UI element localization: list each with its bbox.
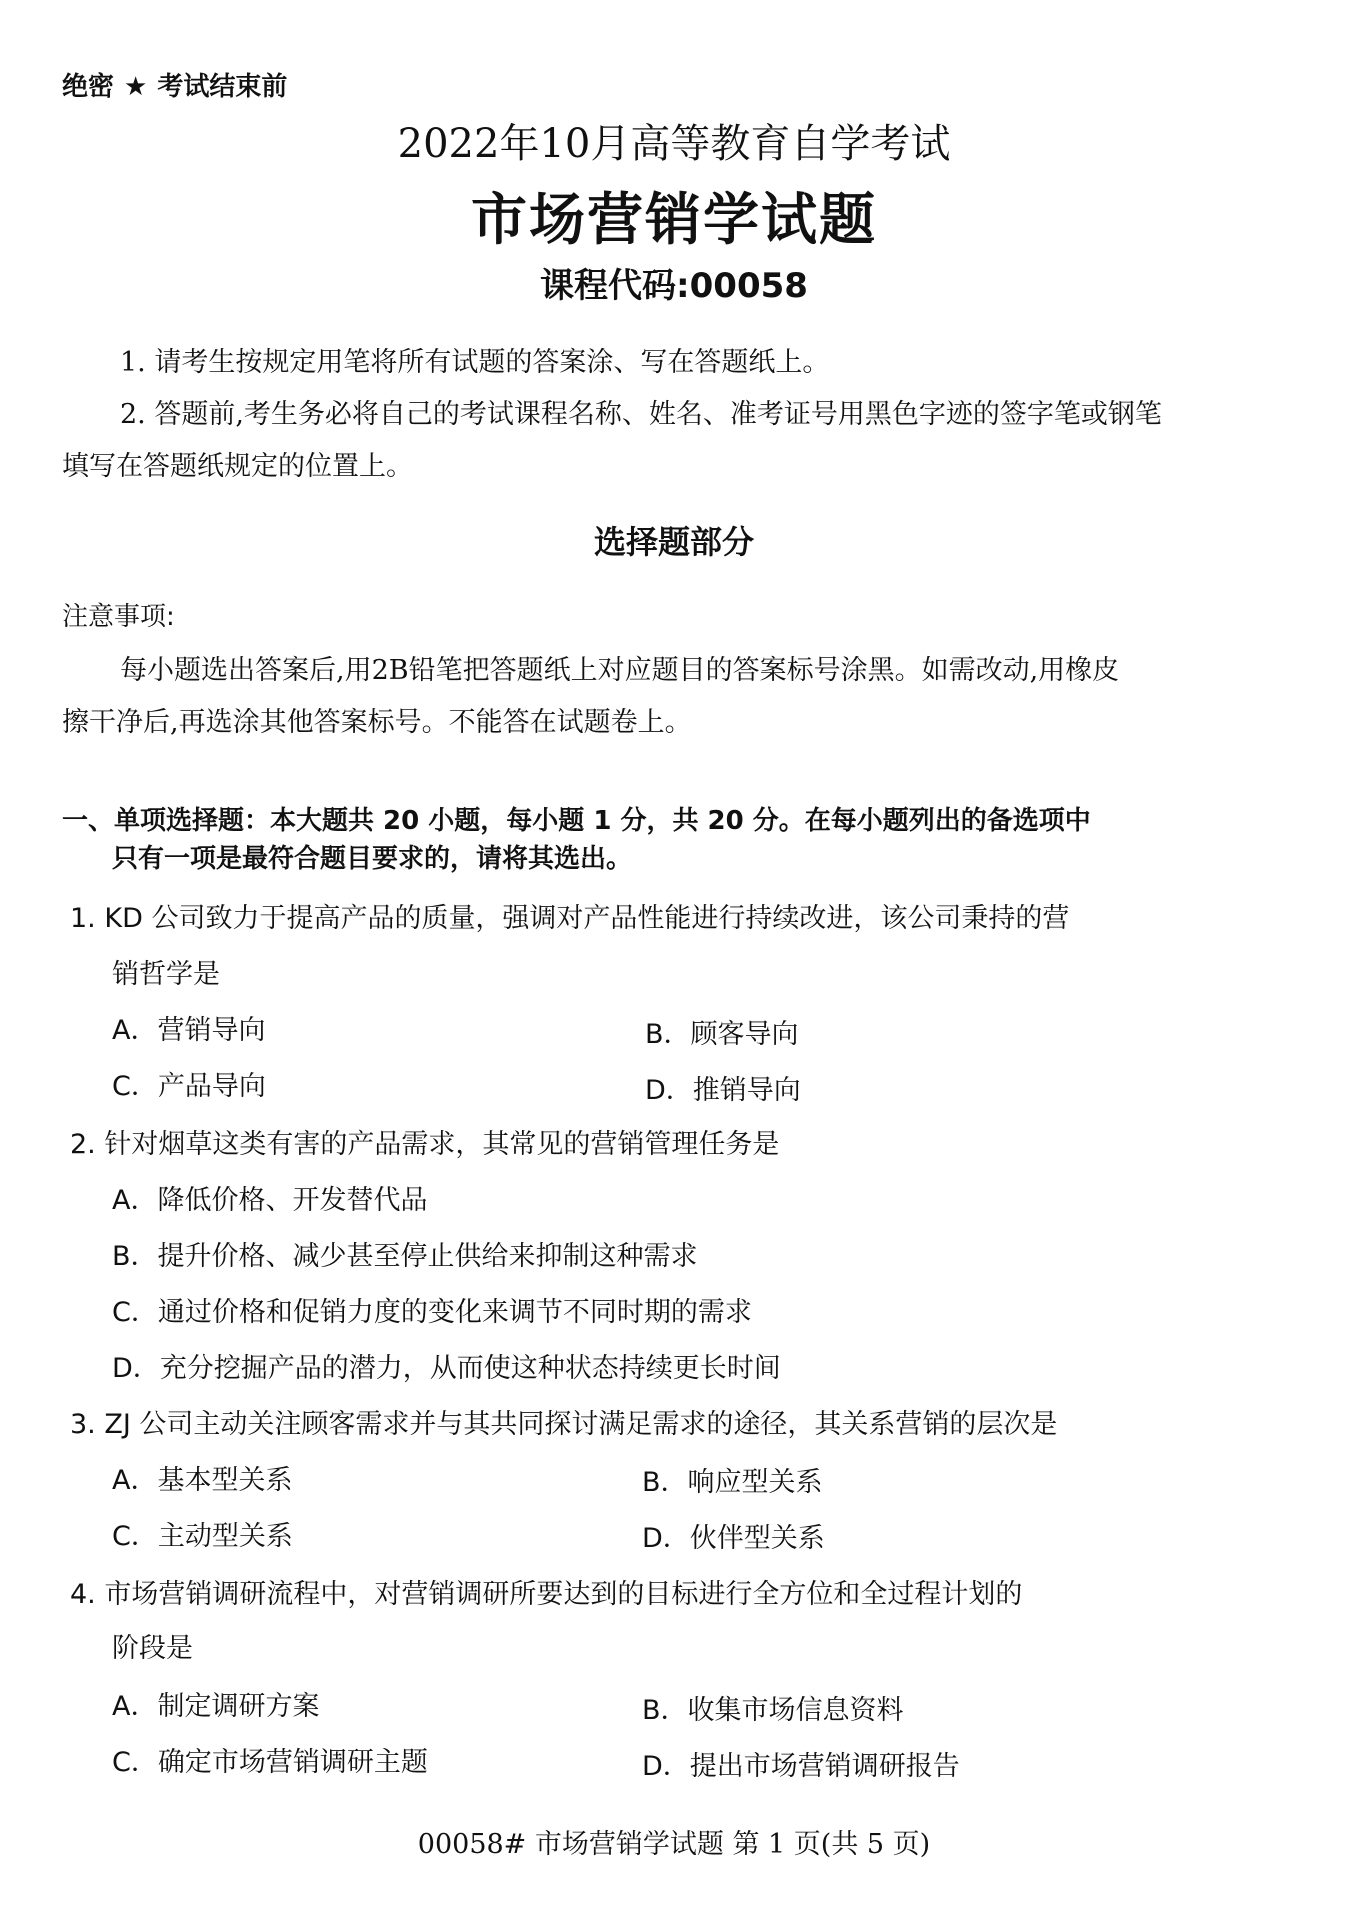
q1-option-b[interactable]: B．顾客导向 <box>645 1012 799 1051</box>
question-3: 3. ZJ 公司主动关注顾客需求并与其共同探讨满足需求的途径，其关系营销的层次是 <box>70 1402 1057 1441</box>
question-number: 4. <box>70 1579 96 1610</box>
q2-option-c[interactable]: C．通过价格和促销力度的变化来调节不同时期的需求 <box>112 1290 752 1329</box>
q3-option-d[interactable]: D．伙伴型关系 <box>642 1516 825 1555</box>
question-4-cont: 阶段是 <box>112 1626 193 1665</box>
question-text: KD 公司致力于提高产品的质量，强调对产品性能进行持续改进，该公司秉持的营 <box>104 903 1069 934</box>
q2-option-a[interactable]: A．降低价格、开发替代品 <box>112 1178 427 1217</box>
question-1: 1. KD 公司致力于提高产品的质量，强调对产品性能进行持续改进，该公司秉持的营 <box>70 896 1069 935</box>
q1-option-a[interactable]: A．营销导向 <box>112 1008 265 1047</box>
q4-option-a[interactable]: A．制定调研方案 <box>112 1684 319 1723</box>
question-number: 1. <box>70 903 96 934</box>
notice-line-2: 擦干净后,再选涂其他答案标号。不能答在试题卷上。 <box>62 700 692 739</box>
q2-option-d[interactable]: D．充分挖掘产品的潜力，从而使这种状态持续更长时间 <box>112 1346 781 1385</box>
question-number: 2. <box>70 1129 96 1160</box>
part1-heading: 一、单项选择题：本大题共 20 小题，每小题 1 分，共 20 分。在每小题列出… <box>62 800 1091 837</box>
question-2: 2. 针对烟草这类有害的产品需求，其常见的营销管理任务是 <box>70 1122 779 1161</box>
exam-title: 2022年10月高等教育自学考试 <box>0 112 1348 169</box>
part1-heading-cont: 只有一项是最符合题目要求的，请将其选出。 <box>112 838 632 875</box>
question-text: 针对烟草这类有害的产品需求，其常见的营销管理任务是 <box>104 1129 779 1160</box>
q4-option-d[interactable]: D．提出市场营销调研报告 <box>642 1744 960 1783</box>
q4-option-c[interactable]: C．确定市场营销调研主题 <box>112 1740 428 1779</box>
page-footer: 00058# 市场营销学试题 第 1 页(共 5 页) <box>0 1822 1348 1861</box>
q3-option-a[interactable]: A．基本型关系 <box>112 1458 292 1497</box>
question-text: 市场营销调研流程中，对营销调研所要达到的目标进行全方位和全过程计划的 <box>104 1579 1022 1610</box>
confidential-text: 绝密 <box>62 72 114 102</box>
question-1-cont: 销哲学是 <box>112 952 220 991</box>
q1-option-d[interactable]: D．推销导向 <box>645 1068 801 1107</box>
notice-label: 注意事项: <box>62 596 175 633</box>
instruction-1: 1. 请考生按规定用笔将所有试题的答案涂、写在答题纸上。 <box>120 340 829 379</box>
q3-option-b[interactable]: B．响应型关系 <box>642 1460 823 1499</box>
course-code: 课程代码:00058 <box>0 258 1348 307</box>
notice-line-1: 每小题选出答案后,用2B铅笔把答题纸上对应题目的答案标号涂黑。如需改动,用橡皮 <box>120 648 1119 687</box>
q1-option-c[interactable]: C．产品导向 <box>112 1064 266 1103</box>
q3-option-c[interactable]: C．主动型关系 <box>112 1514 293 1553</box>
section-title: 选择题部分 <box>0 517 1348 563</box>
q2-option-b[interactable]: B．提升价格、减少甚至停止供给来抑制这种需求 <box>112 1234 698 1273</box>
subject-title: 市场营销学试题 <box>0 176 1348 256</box>
instruction-2-cont: 填写在答题纸规定的位置上。 <box>62 444 413 483</box>
confidential-note: 考试结束前 <box>157 72 287 102</box>
question-text: ZJ 公司主动关注顾客需求并与其共同探讨满足需求的途径，其关系营销的层次是 <box>104 1409 1057 1440</box>
confidential-label: 绝密★考试结束前 <box>62 66 287 103</box>
q4-option-b[interactable]: B．收集市场信息资料 <box>642 1688 904 1727</box>
star-icon: ★ <box>124 72 147 102</box>
question-number: 3. <box>70 1409 96 1440</box>
instruction-2: 2. 答题前,考生务必将自己的考试课程名称、姓名、准考证号用黑色字迹的签字笔或钢… <box>120 392 1162 431</box>
question-4: 4. 市场营销调研流程中，对营销调研所要达到的目标进行全方位和全过程计划的 <box>70 1572 1022 1611</box>
